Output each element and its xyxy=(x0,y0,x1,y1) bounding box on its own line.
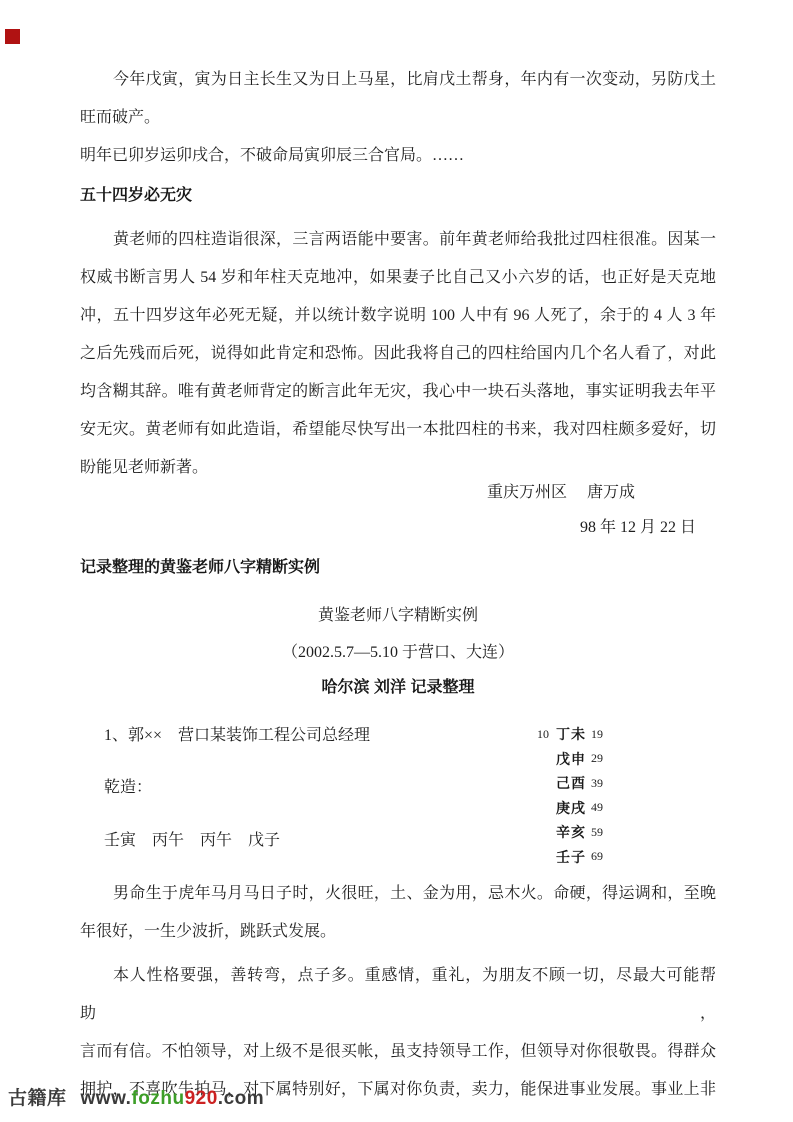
watermark-url-number: 920 xyxy=(185,1088,218,1109)
luck-pillar-row: 辛亥59 xyxy=(537,820,603,845)
signature: 重庆万州区 唐万成 xyxy=(487,482,635,504)
gender-label: 乾造： xyxy=(104,777,152,799)
paragraph-line: 明年已卯岁运卯戌合，不破命局寅卯辰三合官局。…… xyxy=(80,137,716,175)
intro-paragraphs: 今年戊寅，寅为日主长生又为日上马星，比肩戊土帮身，年内有一次变动，另防戊土 旺而… xyxy=(80,61,716,175)
paragraph-line: 今年戊寅，寅为日主长生又为日上马星，比肩戊土帮身，年内有一次变动，另防戊土 xyxy=(80,61,716,99)
paragraph-line: 安无灾。黄老师有如此造诣，希望能尽快写出一本批四柱的书来，我对四柱颇多爱好，切 xyxy=(80,411,716,449)
four-pillars: 壬寅 丙午 丙午 戊子 xyxy=(104,830,280,852)
luck-pillar: 壬子 xyxy=(556,847,586,867)
luck-pillar-row: 庚戌49 xyxy=(537,796,603,821)
paragraph-line: 冲，五十四岁这年必死无疑，并以统计数字说明 100 人中有 96 人死了，余于的… xyxy=(80,297,716,335)
luck-pillar: 庚戌 xyxy=(556,798,586,818)
paragraph-line: 均含糊其辞。唯有黄老师背定的断言此年无灾，我心中一块石头落地，事实证明我去年平 xyxy=(80,373,716,411)
luck-start-age: 10 xyxy=(537,727,556,742)
paragraph-line: 年很好，一生少波折，跳跃式发展。 xyxy=(80,913,716,951)
watermark: 古籍库www.fozhu920.com xyxy=(8,1083,264,1110)
signature-date: 98 年 12 月 22 日 xyxy=(580,517,696,539)
watermark-url-www: www. xyxy=(81,1088,132,1109)
paragraph-line: 男命生于虎年马月马日子时，火很旺，土、金为用，忌木火。命硬，得运调和，至晚 xyxy=(80,875,716,913)
case-title: 1、郭×× 营口某装饰工程公司总经理 xyxy=(104,725,370,747)
watermark-site-name: 古籍库 xyxy=(8,1088,67,1109)
paragraph-line: 之后先残而后死，说得如此肯定和恐怖。因此我将自己的四柱给国内几个名人看了，对此 xyxy=(80,335,716,373)
paragraph-line: 黄老师的四柱造诣很深，三言两语能中要害。前年黄老师给我批过四柱很准。因某一 xyxy=(80,221,716,259)
paragraph-line: 本人性格要强，善转弯，点子多。重感情，重礼，为朋友不顾一切，尽最大可能帮助， xyxy=(80,957,716,1033)
luck-age: 19 xyxy=(591,727,603,742)
cases-title: 黄鉴老师八字精断实例 xyxy=(80,605,716,627)
section-heading-54: 五十四岁必无灾 xyxy=(80,185,192,207)
luck-age: 29 xyxy=(591,751,603,766)
section-heading-cases: 记录整理的黄鉴老师八字精断实例 xyxy=(80,557,320,579)
luck-age: 69 xyxy=(591,849,603,864)
document-page: 今年戊寅，寅为日主长生又为日上马星，比肩戊土帮身，年内有一次变动，另防戊土 旺而… xyxy=(0,0,793,1122)
luck-pillar-row: 10丁未19 xyxy=(537,722,603,747)
watermark-url-tld: .com xyxy=(218,1088,264,1109)
watermark-url-host: fozhu xyxy=(131,1088,184,1109)
luck-age: 49 xyxy=(591,800,603,815)
luck-pillar: 丁未 xyxy=(556,724,586,744)
luck-pillar: 己酉 xyxy=(556,773,586,793)
cases-byline: 哈尔滨 刘洋 记录整理 xyxy=(80,677,716,699)
cases-date-range: （2002.5.7—5.10 于营口、大连） xyxy=(80,642,716,664)
paragraph-line: 言而有信。不怕领导，对上级不是很买帐，虽支持领导工作，但领导对你很敬畏。得群众 xyxy=(80,1033,716,1071)
luck-pillar: 戊申 xyxy=(556,749,586,769)
luck-pillar: 辛亥 xyxy=(556,822,586,842)
paragraph-line: 权威书断言男人 54 岁和年柱天克地冲，如果妻子比自己又小六岁的话，也正好是天克… xyxy=(80,259,716,297)
corner-red-stamp xyxy=(5,29,20,44)
case-paragraph-1: 男命生于虎年马月马日子时，火很旺，土、金为用，忌木火。命硬，得运调和，至晚 年很… xyxy=(80,875,716,951)
luck-pillar-row: 戊申29 xyxy=(537,747,603,772)
luck-age: 59 xyxy=(591,825,603,840)
luck-pillar-row: 壬子69 xyxy=(537,845,603,870)
luck-pillar-row: 己酉39 xyxy=(537,771,603,796)
section-54-paragraph: 黄老师的四柱造诣很深，三言两语能中要害。前年黄老师给我批过四柱很准。因某一 权威… xyxy=(80,221,716,487)
paragraph-line: 旺而破产。 xyxy=(80,99,716,137)
luck-pillar-column: 10丁未19 戊申29 己酉39 庚戌49 辛亥59 壬子69 xyxy=(537,722,603,869)
luck-age: 39 xyxy=(591,776,603,791)
